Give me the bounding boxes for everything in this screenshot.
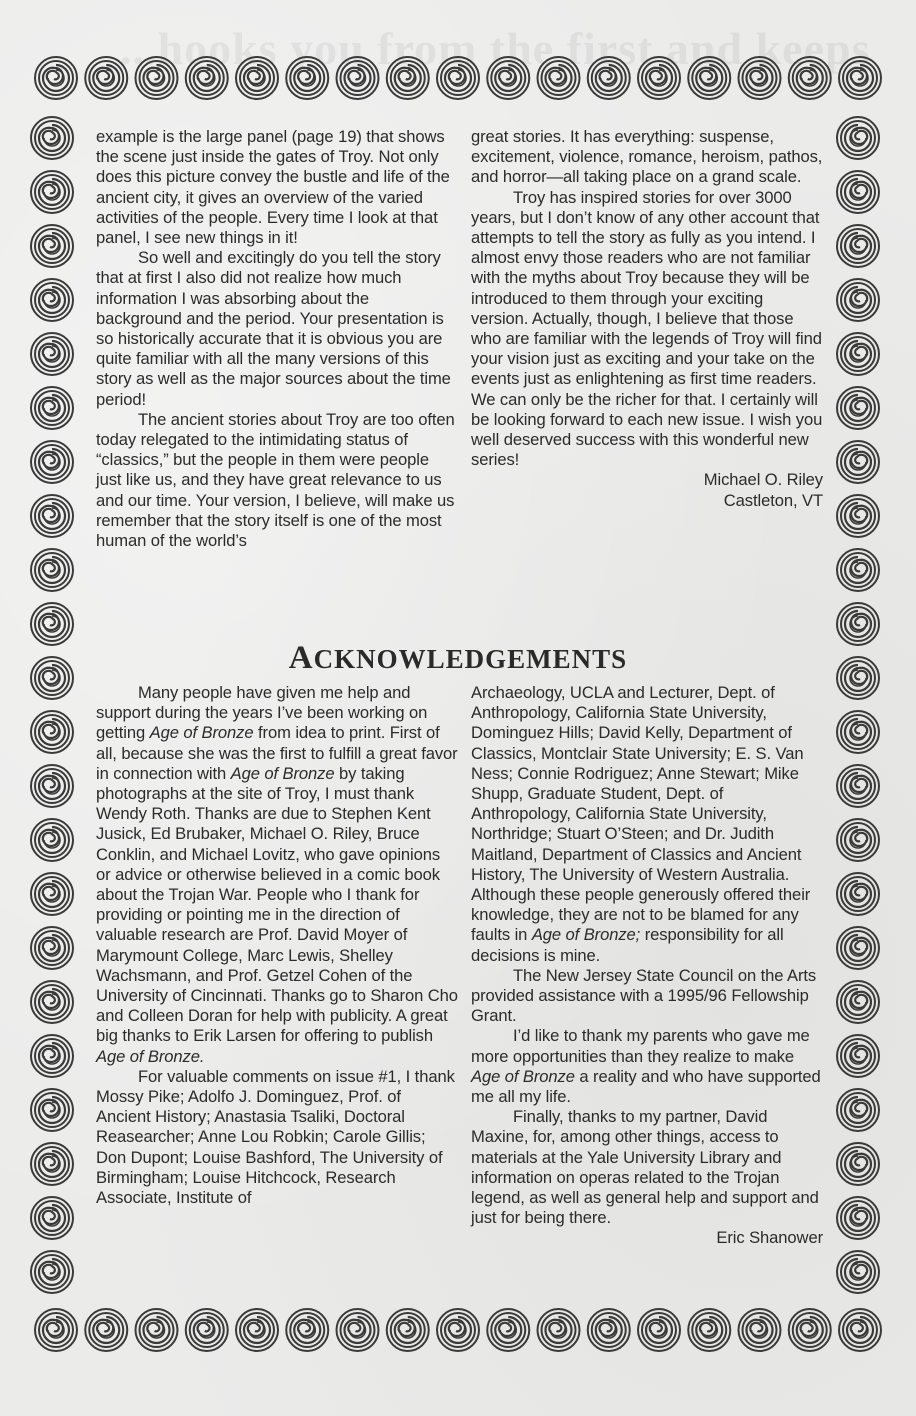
letter-paragraph: So well and excitingly do you tell the s… [96,248,458,410]
book-title: Age of Bronze. [96,1047,204,1066]
letter-paragraph: Troy has inspired stories for over 3000 … [471,188,823,471]
acknowledgements-paragraph: I’d like to thank my parents who gave me… [471,1026,823,1107]
acknowledgements-right-column: Archaeology, UCLA and Lecturer, Dept. of… [471,683,823,1249]
book-title: Age of Bronze; [532,925,640,944]
acknowledgements-paragraph: For valuable comments on issue #1, I tha… [96,1067,458,1208]
acknowledgements-paragraph: Archaeology, UCLA and Lecturer, Dept. of… [471,683,823,966]
acknowledgements-signature: Eric Shanower [471,1228,823,1248]
acknowledgements-paragraph: The New Jersey State Council on the Arts… [471,966,823,1027]
letter-signature-location: Castleton, VT [471,491,823,511]
letter-paragraph: The ancient stories about Troy are too o… [96,410,458,551]
letter-paragraph: example is the large panel (page 19) tha… [96,127,458,248]
book-title: Age of Bronze [231,764,335,783]
acknowledgements-paragraph: Finally, thanks to my partner, David Max… [471,1107,823,1228]
book-title: Age of Bronze [471,1067,575,1086]
letter-left-column: example is the large panel (page 19) tha… [96,127,458,551]
acknowledgements-paragraph: Many people have given me help and suppo… [96,683,458,1067]
book-title: Age of Bronze [150,723,254,742]
acknowledgements-heading: ACKNOWLEDGEMENTS [0,640,916,677]
letter-right-column: great stories. It has everything: suspen… [471,127,823,511]
acknowledgements-left-column: Many people have given me help and suppo… [96,683,458,1208]
letter-signature-name: Michael O. Riley [471,470,823,490]
letter-paragraph: great stories. It has everything: suspen… [471,127,823,188]
